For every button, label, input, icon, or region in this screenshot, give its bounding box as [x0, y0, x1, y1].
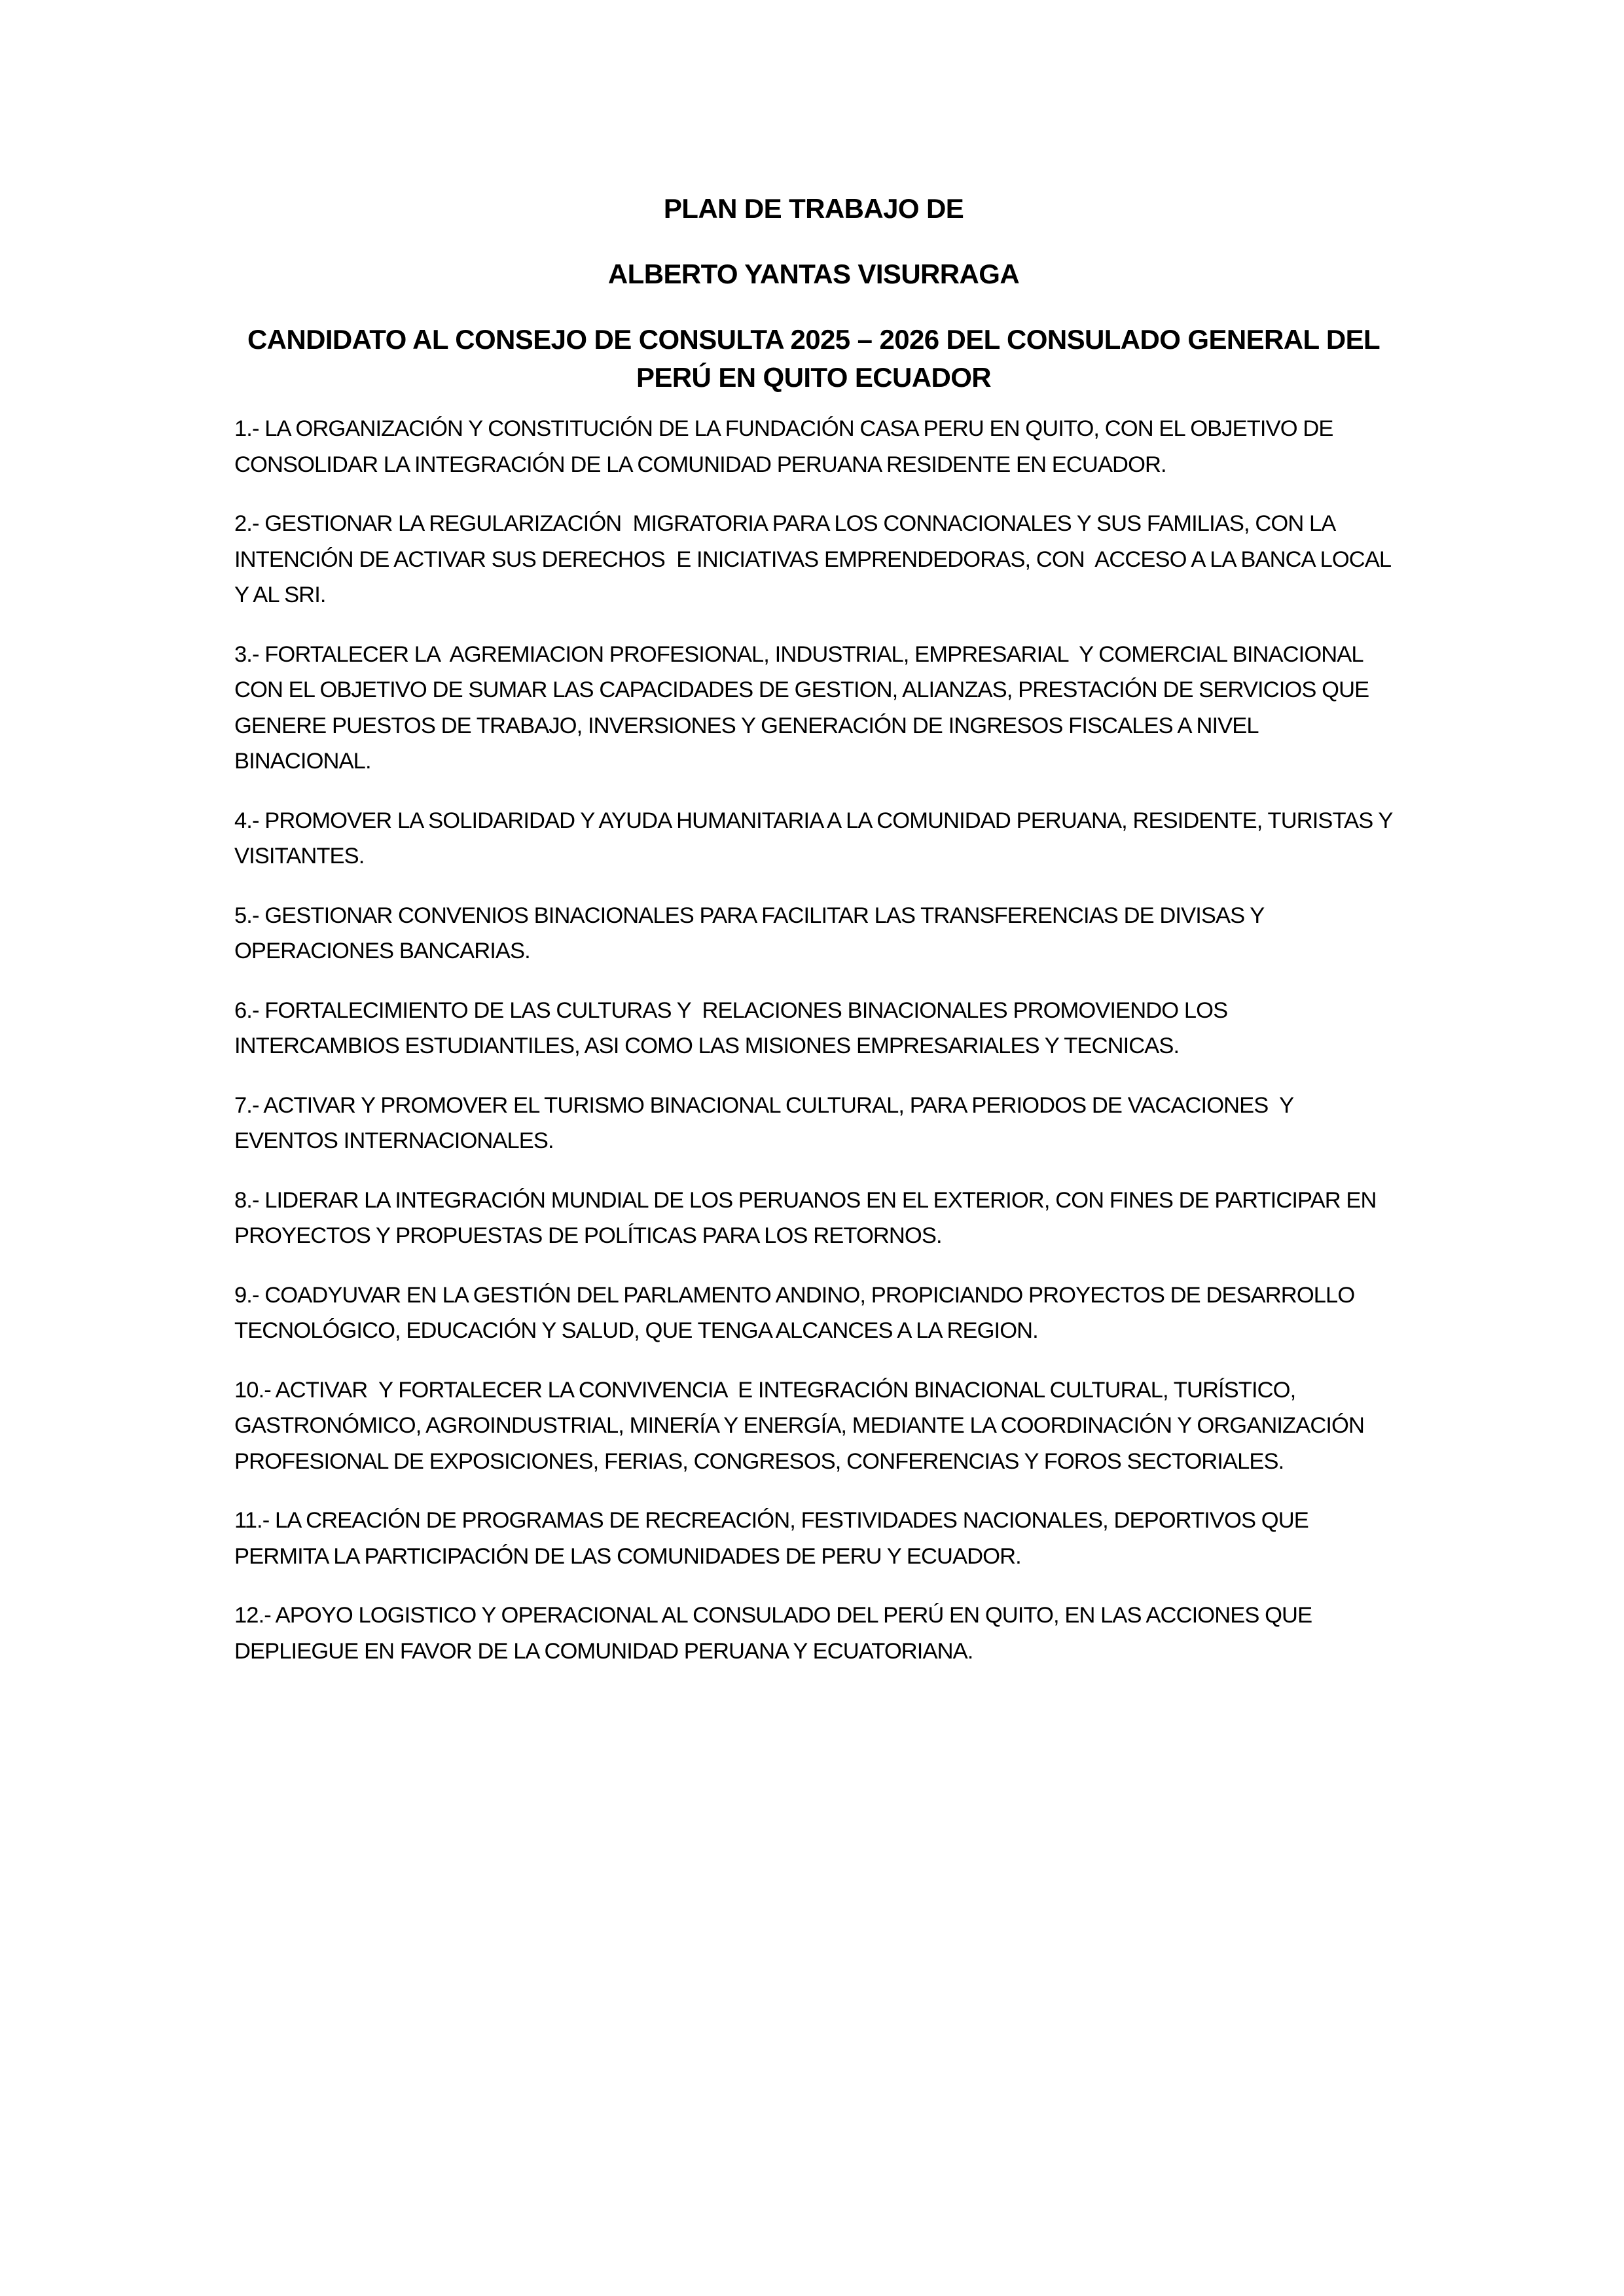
work-plan-list: 1.- LA ORGANIZACIÓN Y CONSTITUCIÓN DE LA… [234, 411, 1393, 1669]
plan-item-10: 10.- ACTIVAR Y FORTALECER LA CONVIVENCIA… [234, 1372, 1393, 1480]
plan-item-1: 1.- LA ORGANIZACIÓN Y CONSTITUCIÓN DE LA… [234, 411, 1393, 482]
plan-item-3: 3.- FORTALECER LA AGREMIACION PROFESIONA… [234, 637, 1393, 780]
plan-item-8: 8.- LIDERAR LA INTEGRACIÓN MUNDIAL DE LO… [234, 1183, 1393, 1254]
document-page: PLAN DE TRABAJO DE ALBERTO YANTAS VISURR… [234, 190, 1393, 1693]
plan-item-11: 11.- LA CREACIÓN DE PROGRAMAS DE RECREAC… [234, 1503, 1393, 1574]
plan-item-5: 5.- GESTIONAR CONVENIOS BINACIONALES PAR… [234, 898, 1393, 969]
plan-item-9: 9.- COADYUVAR EN LA GESTIÓN DEL PARLAMEN… [234, 1278, 1393, 1349]
plan-item-12: 12.- APOYO LOGISTICO Y OPERACIONAL AL CO… [234, 1598, 1393, 1669]
document-title: PLAN DE TRABAJO DE [234, 190, 1393, 228]
plan-item-7: 7.- ACTIVAR Y PROMOVER EL TURISMO BINACI… [234, 1088, 1393, 1159]
plan-item-2: 2.- GESTIONAR LA REGULARIZACIÓN MIGRATOR… [234, 506, 1393, 613]
candidate-name: ALBERTO YANTAS VISURRAGA [234, 255, 1393, 293]
plan-item-4: 4.- PROMOVER LA SOLIDARIDAD Y AYUDA HUMA… [234, 803, 1393, 874]
plan-item-6: 6.- FORTALECIMIENTO DE LAS CULTURAS Y RE… [234, 993, 1393, 1064]
candidacy-subtitle: CANDIDATO AL CONSEJO DE CONSULTA 2025 – … [234, 321, 1393, 397]
